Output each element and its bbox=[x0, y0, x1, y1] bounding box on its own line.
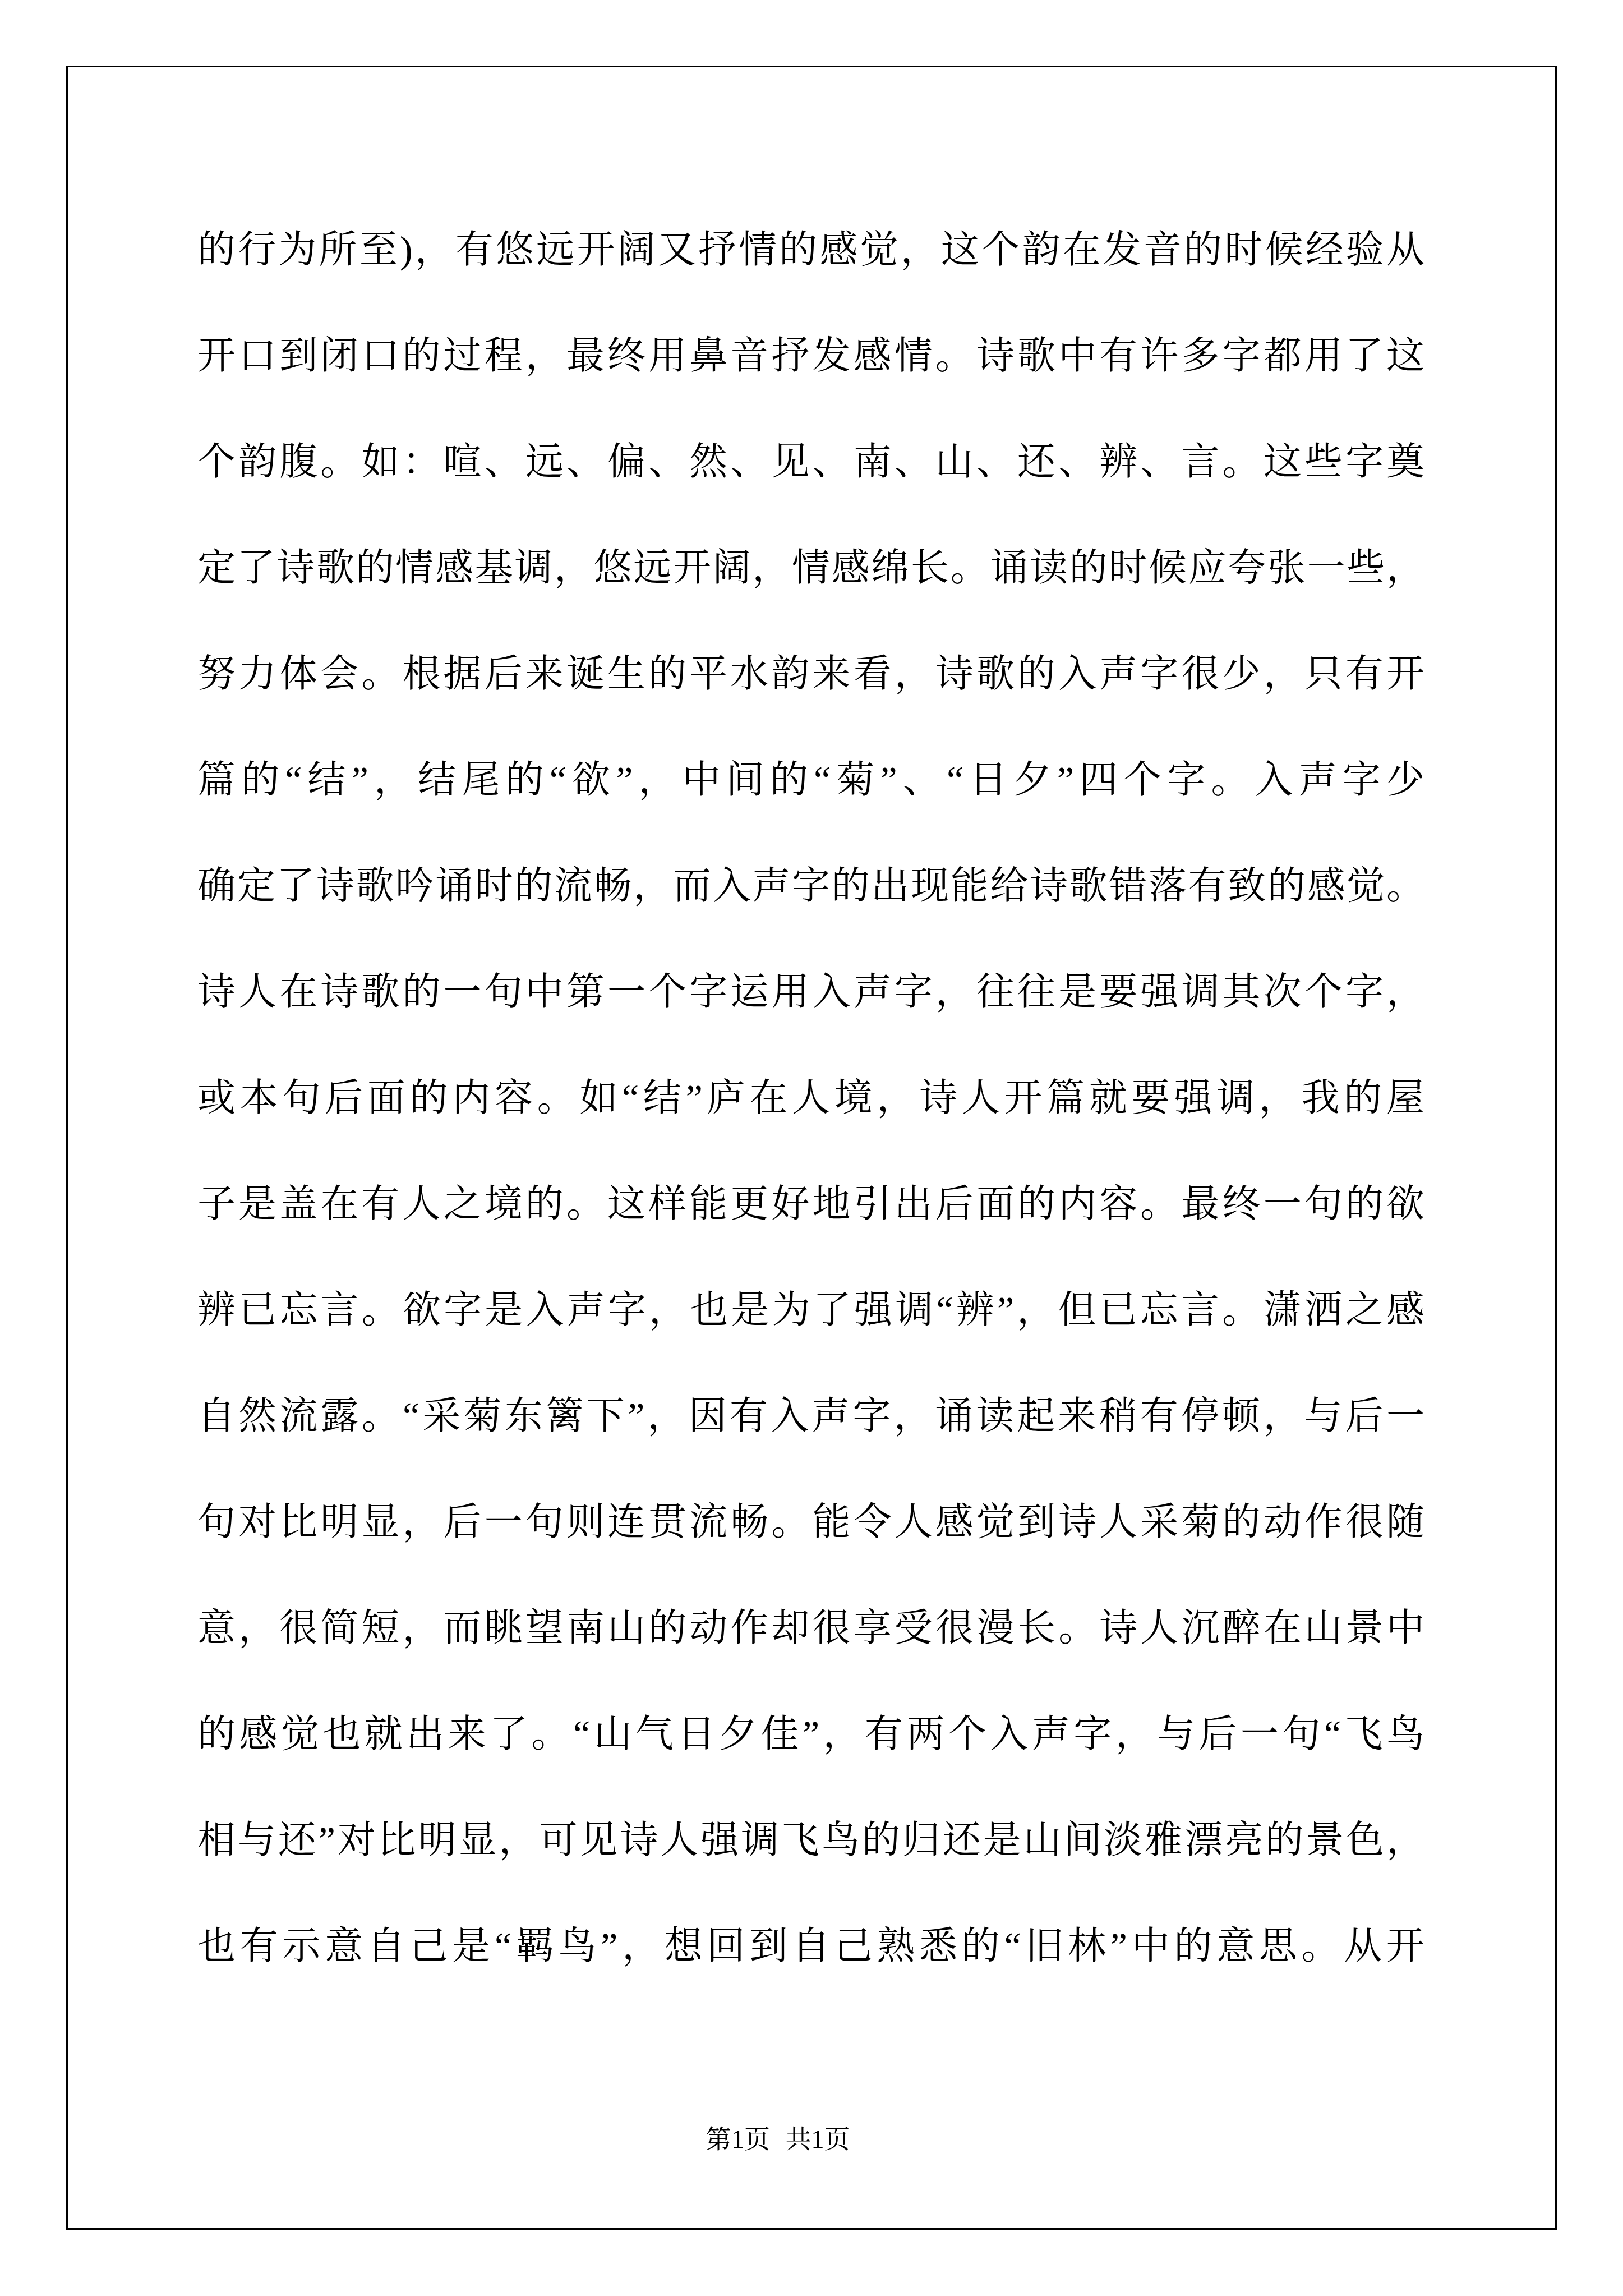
body-line: 诗人在诗歌的一句中第一个字运用入声字，往往是要强调其次个字， bbox=[197, 939, 1424, 1045]
body-line: 个韵腹。如：喧、远、偏、然、见、南、山、还、辨、言。这些字奠 bbox=[197, 409, 1424, 515]
body-line: 意，很简短，而眺望南山的动作却很享受很漫长。诗人沉醉在山景中 bbox=[197, 1575, 1424, 1681]
body-line: 的感觉也就出来了。“山气日夕佳”，有两个入声字，与后一句“飞鸟 bbox=[197, 1681, 1424, 1787]
body-line: 相与还”对比明显，可见诗人强调飞鸟的归还是山间淡雅漂亮的景色， bbox=[197, 1787, 1424, 1893]
body-line: 篇的“结”，结尾的“欲”，中间的“菊”、“日夕”四个字。入声字少 bbox=[197, 727, 1424, 833]
document-body: 的行为所至)，有悠远开阔又抒情的感觉，这个韵在发音的时候经验从 开口到闭口的过程… bbox=[197, 197, 1424, 1999]
body-line: 也有示意自己是“羁鸟”，想回到自己熟悉的“旧林”中的意思。从开 bbox=[197, 1893, 1424, 1999]
body-line: 的行为所至)，有悠远开阔又抒情的感觉，这个韵在发音的时候经验从 bbox=[197, 197, 1424, 303]
body-line: 确定了诗歌吟诵时的流畅，而入声字的出现能给诗歌错落有致的感觉。 bbox=[197, 833, 1424, 939]
page-footer: 第1页 共1页 bbox=[706, 2125, 850, 2155]
body-line: 辨已忘言。欲字是入声字，也是为了强调“辨”，但已忘言。潇洒之感 bbox=[197, 1257, 1424, 1363]
body-line: 子是盖在有人之境的。这样能更好地引出后面的内容。最终一句的欲 bbox=[197, 1151, 1424, 1257]
body-line: 努力体会。根据后来诞生的平水韵来看，诗歌的入声字很少，只有开 bbox=[197, 621, 1424, 727]
body-line: 定了诗歌的情感基调，悠远开阔，情感绵长。诵读的时候应夸张一些， bbox=[197, 515, 1424, 621]
body-line: 句对比明显，后一句则连贯流畅。能令人感觉到诗人采菊的动作很随 bbox=[197, 1469, 1424, 1575]
body-line: 或本句后面的内容。如“结”庐在人境，诗人开篇就要强调，我的屋 bbox=[197, 1045, 1424, 1151]
body-line: 开口到闭口的过程，最终用鼻音抒发感情。诗歌中有许多字都用了这 bbox=[197, 303, 1424, 409]
body-line: 自然流露。“采菊东篱下”，因有入声字，诵读起来稍有停顿，与后一 bbox=[197, 1363, 1424, 1469]
